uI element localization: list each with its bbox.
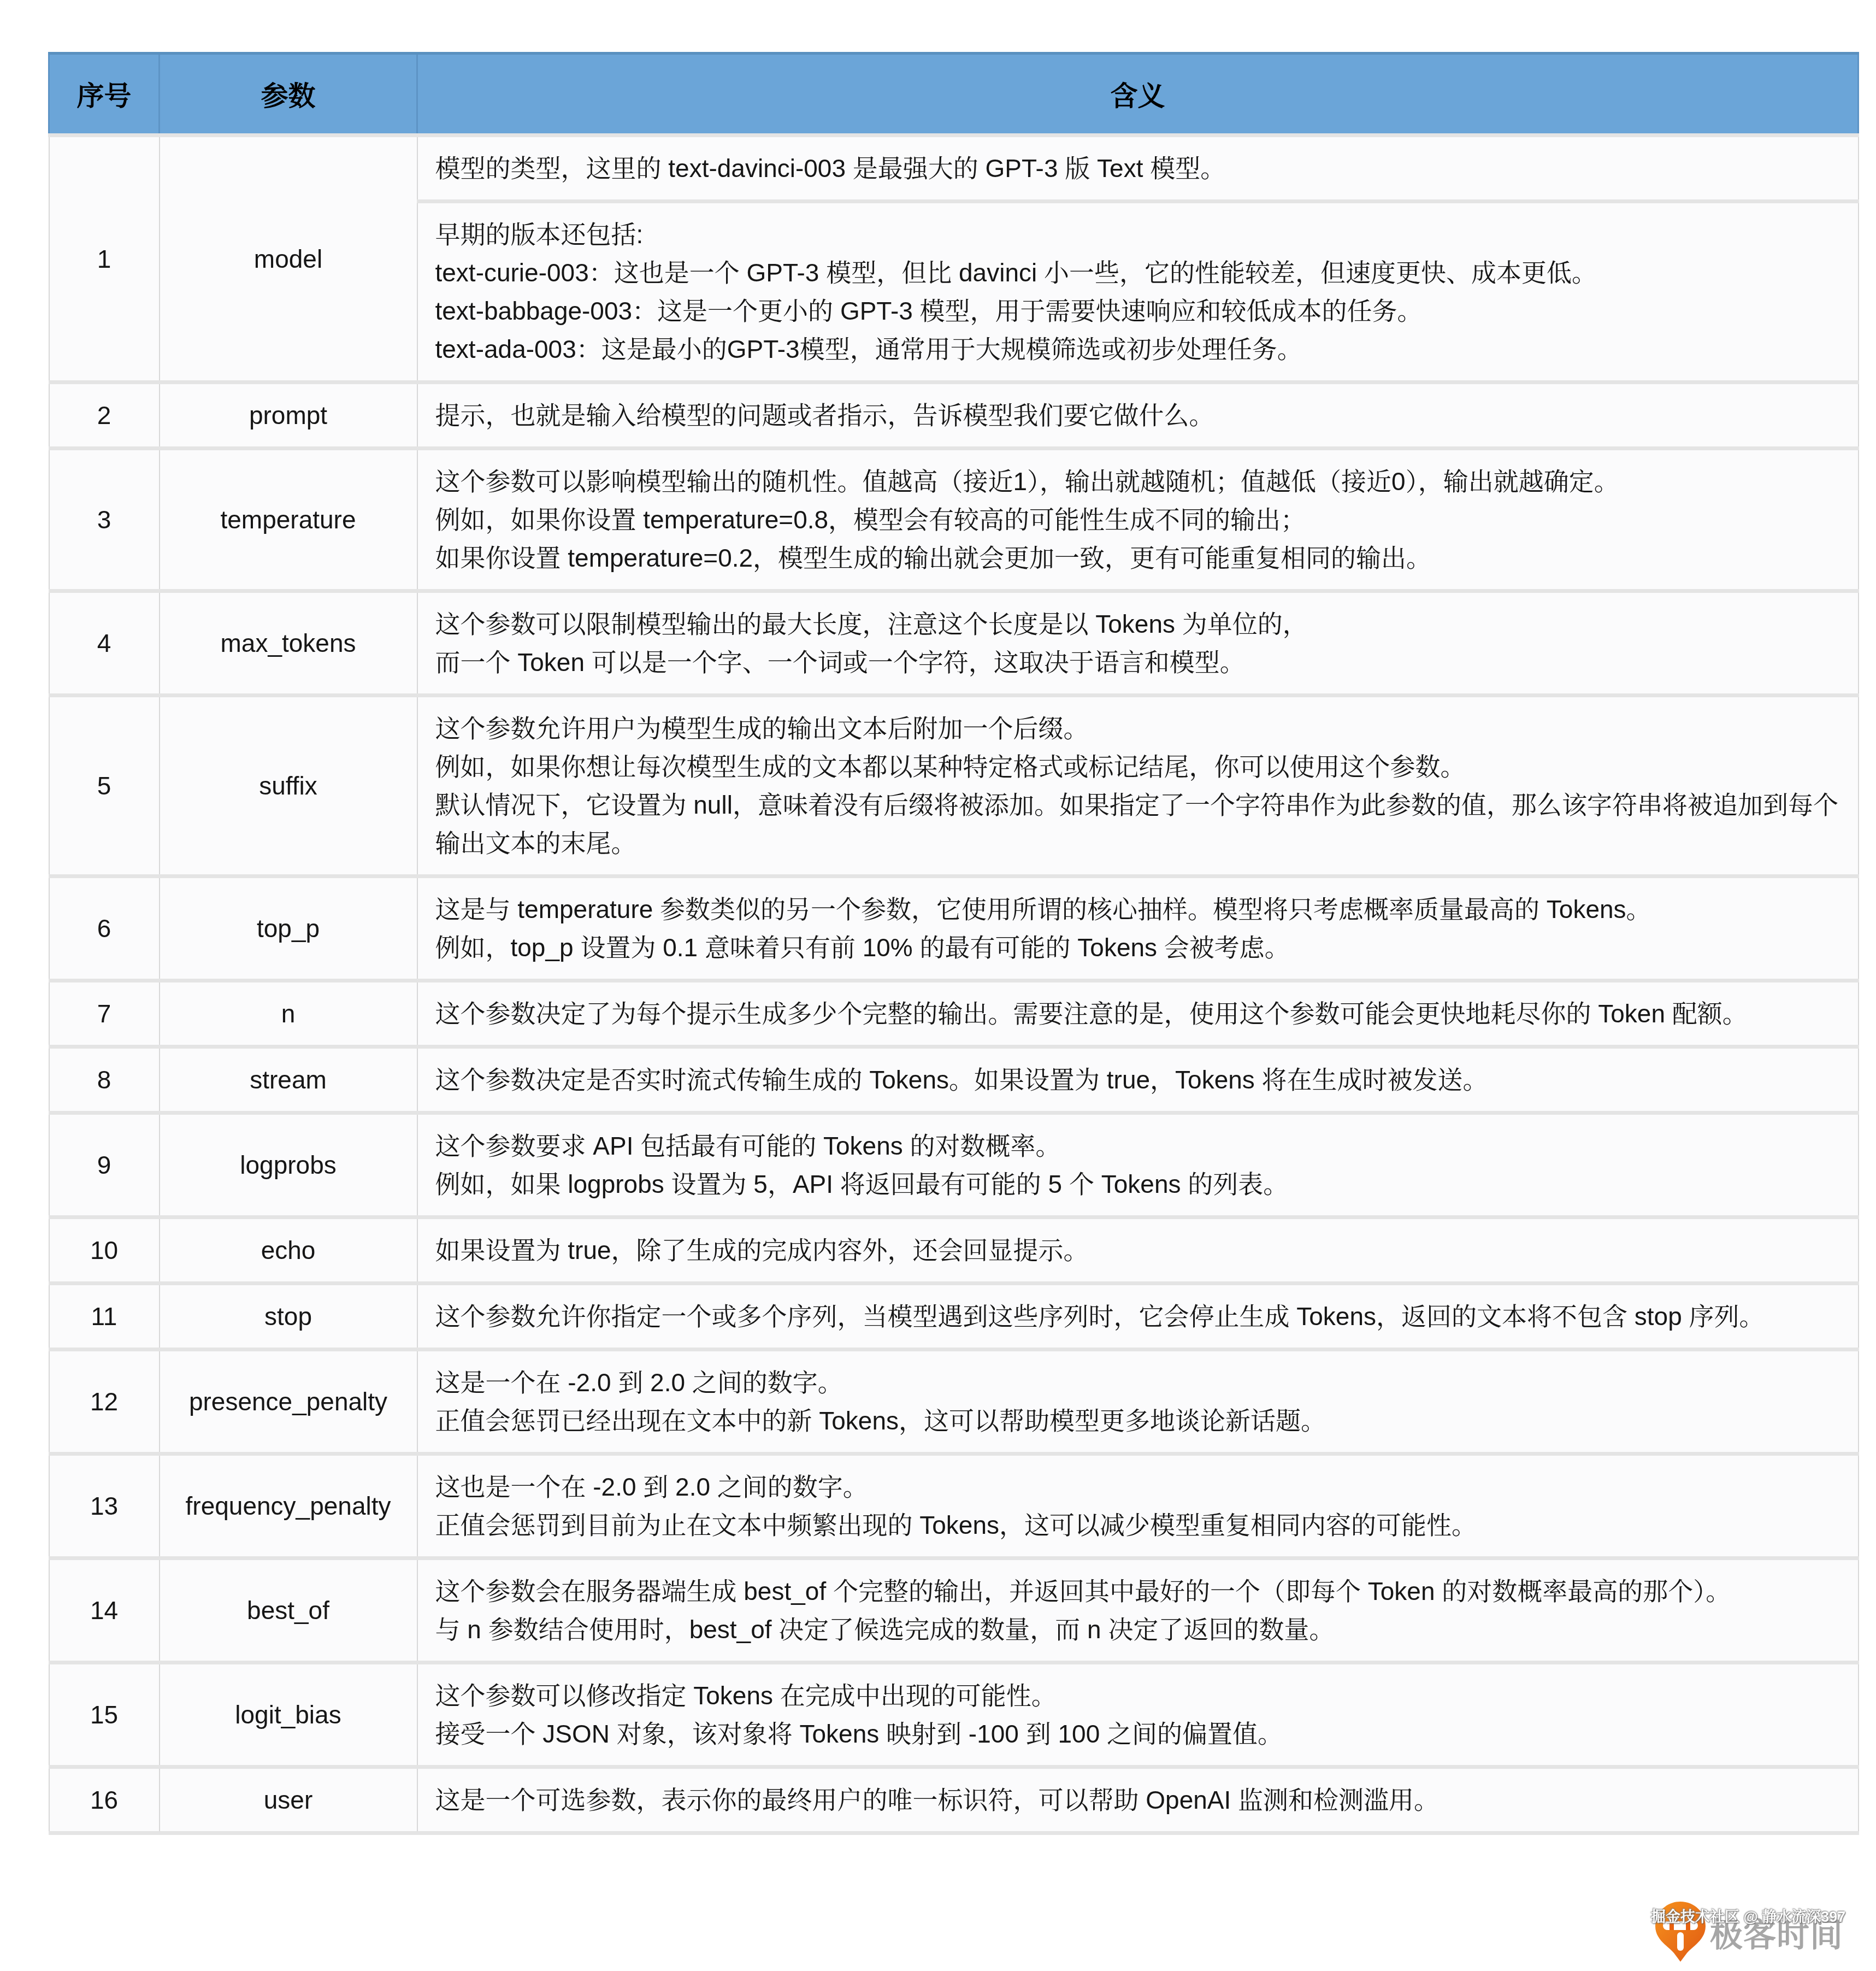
param-cell: stop: [160, 1284, 417, 1350]
meaning-line: 接受一个 JSON 对象，该对象将 Tokens 映射到 -100 到 100 …: [435, 1715, 1839, 1753]
meaning-line: text-ada-003：这是最小的GPT-3模型，通常用于大规模筛选或初步处理…: [435, 330, 1839, 368]
meaning-line: 这是一个在 -2.0 到 2.0 之间的数字。: [435, 1363, 1839, 1402]
table-row: 11stop这个参数允许你指定一个或多个序列，当模型遇到这些序列时，它会停止生成…: [49, 1284, 1859, 1350]
table-row: 15logit_bias这个参数可以修改指定 Tokens 在完成中出现的可能性…: [49, 1663, 1859, 1767]
meaning-line: 正值会惩罚到目前为止在文本中频繁出现的 Tokens，这可以减少模型重复相同内容…: [435, 1506, 1839, 1544]
meaning-cell: 这个参数可以影响模型输出的随机性。值越高（接近1），输出就越随机；值越低（接近0…: [417, 449, 1859, 591]
meaning-cell: 这个参数可以修改指定 Tokens 在完成中出现的可能性。接受一个 JSON 对…: [417, 1663, 1859, 1767]
param-cell: temperature: [160, 449, 417, 591]
table-row: 10echo如果设置为 true，除了生成的完成内容外，还会回显提示。: [49, 1217, 1859, 1284]
param-cell: n: [160, 981, 417, 1047]
meaning-line: 这也是一个在 -2.0 到 2.0 之间的数字。: [435, 1468, 1839, 1506]
table-row: 12presence_penalty这是一个在 -2.0 到 2.0 之间的数字…: [49, 1350, 1859, 1454]
meaning-cell: 如果设置为 true，除了生成的完成内容外，还会回显提示。: [417, 1217, 1859, 1284]
meaning-line: 模型的类型，这里的 text-davinci-003 是最强大的 GPT-3 版…: [435, 149, 1839, 187]
meaning-line: 如果设置为 true，除了生成的完成内容外，还会回显提示。: [435, 1231, 1839, 1269]
meaning-cell: 早期的版本还包括:text-curie-003：这也是一个 GPT-3 模型，但…: [417, 202, 1859, 383]
param-cell: frequency_penalty: [160, 1454, 417, 1558]
row-number-cell: 1: [49, 136, 160, 383]
row-number-cell: 13: [49, 1454, 160, 1558]
table-row: 5suffix这个参数允许用户为模型生成的输出文本后附加一个后缀。例如，如果你想…: [49, 696, 1859, 876]
table-row: 6top_p这是与 temperature 参数类似的另一个参数，它使用所谓的核…: [49, 876, 1859, 981]
header-row: 序号 参数 含义: [49, 54, 1859, 136]
meaning-line: 这个参数可以影响模型输出的随机性。值越高（接近1），输出就越随机；值越低（接近0…: [435, 462, 1839, 501]
table-row: 13frequency_penalty这也是一个在 -2.0 到 2.0 之间的…: [49, 1454, 1859, 1558]
meaning-line: 这个参数允许用户为模型生成的输出文本后附加一个后缀。: [435, 709, 1839, 748]
table-row: 3temperature这个参数可以影响模型输出的随机性。值越高（接近1），输出…: [49, 449, 1859, 591]
meaning-cell: 这个参数决定是否实时流式传输生成的 Tokens。如果设置为 true，Toke…: [417, 1047, 1859, 1113]
param-cell: stream: [160, 1047, 417, 1113]
meaning-cell: 这个参数允许用户为模型生成的输出文本后附加一个后缀。例如，如果你想让每次模型生成…: [417, 696, 1859, 876]
table-row: 4max_tokens这个参数可以限制模型输出的最大长度，注意这个长度是以 To…: [49, 591, 1859, 696]
meaning-cell: 这也是一个在 -2.0 到 2.0 之间的数字。正值会惩罚到目前为止在文本中频繁…: [417, 1454, 1859, 1558]
meaning-line: 如果你设置 temperature=0.2，模型生成的输出就会更加一致，更有可能…: [435, 539, 1839, 577]
meaning-line: 这个参数决定了为每个提示生成多少个完整的输出。需要注意的是，使用这个参数可能会更…: [435, 995, 1839, 1033]
row-number-cell: 12: [49, 1350, 160, 1454]
meaning-cell: 这个参数决定了为每个提示生成多少个完整的输出。需要注意的是，使用这个参数可能会更…: [417, 981, 1859, 1047]
table-row: 2prompt提示，也就是输入给模型的问题或者指示，告诉模型我们要它做什么。: [49, 383, 1859, 449]
param-cell: model: [160, 136, 417, 383]
table-row: 8stream这个参数决定是否实时流式传输生成的 Tokens。如果设置为 tr…: [49, 1047, 1859, 1113]
meaning-line: 例如，如果 logprobs 设置为 5，API 将返回最有可能的 5 个 To…: [435, 1165, 1839, 1203]
param-cell: max_tokens: [160, 591, 417, 696]
param-cell: suffix: [160, 696, 417, 876]
parameter-table-container: 序号 参数 含义 1model模型的类型，这里的 text-davinci-00…: [48, 52, 1859, 1835]
row-number-cell: 3: [49, 449, 160, 591]
table-row: 16user这是一个可选参数，表示你的最终用户的唯一标识符，可以帮助 OpenA…: [49, 1767, 1859, 1833]
param-cell: echo: [160, 1217, 417, 1284]
param-cell: prompt: [160, 383, 417, 449]
meaning-line: text-curie-003：这也是一个 GPT-3 模型，但比 davinci…: [435, 254, 1839, 292]
meaning-line: 默认情况下，它设置为 null，意味着没有后缀将被添加。如果指定了一个字符串作为…: [435, 786, 1839, 862]
watermark-overlay-text: 掘金技术社区 @ 静水流深397: [1651, 1905, 1845, 1926]
param-cell: presence_penalty: [160, 1350, 417, 1454]
row-number-cell: 5: [49, 696, 160, 876]
meaning-cell: 模型的类型，这里的 text-davinci-003 是最强大的 GPT-3 版…: [417, 136, 1859, 202]
param-cell: user: [160, 1767, 417, 1833]
row-number-cell: 16: [49, 1767, 160, 1833]
table-row: 1model模型的类型，这里的 text-davinci-003 是最强大的 G…: [49, 136, 1859, 202]
table-row: 7n这个参数决定了为每个提示生成多少个完整的输出。需要注意的是，使用这个参数可能…: [49, 981, 1859, 1047]
meaning-cell: 这个参数可以限制模型输出的最大长度，注意这个长度是以 Tokens 为单位的，而…: [417, 591, 1859, 696]
table-header: 序号 参数 含义: [49, 54, 1859, 136]
row-number-cell: 15: [49, 1663, 160, 1767]
row-number-cell: 4: [49, 591, 160, 696]
row-number-cell: 2: [49, 383, 160, 449]
row-number-cell: 9: [49, 1113, 160, 1217]
meaning-line: text-babbage-003：这是一个更小的 GPT-3 模型，用于需要快速…: [435, 292, 1839, 330]
header-cell-meaning: 含义: [417, 54, 1859, 136]
meaning-line: 这个参数可以修改指定 Tokens 在完成中出现的可能性。: [435, 1676, 1839, 1715]
meaning-cell: 这是一个可选参数，表示你的最终用户的唯一标识符，可以帮助 OpenAI 监测和检…: [417, 1767, 1859, 1833]
meaning-line: 这是与 temperature 参数类似的另一个参数，它使用所谓的核心抽样。模型…: [435, 890, 1839, 928]
row-number-cell: 10: [49, 1217, 160, 1284]
meaning-line: 这个参数决定是否实时流式传输生成的 Tokens。如果设置为 true，Toke…: [435, 1061, 1839, 1099]
param-cell: best_of: [160, 1558, 417, 1663]
meaning-line: 这个参数会在服务器端生成 best_of 个完整的输出，并返回其中最好的一个（即…: [435, 1572, 1839, 1610]
parameter-table: 序号 参数 含义 1model模型的类型，这里的 text-davinci-00…: [48, 52, 1859, 1835]
meaning-line: 例如，top_p 设置为 0.1 意味着只有前 10% 的最有可能的 Token…: [435, 928, 1839, 967]
row-number-cell: 14: [49, 1558, 160, 1663]
row-number-cell: 7: [49, 981, 160, 1047]
meaning-cell: 这个参数允许你指定一个或多个序列，当模型遇到这些序列时，它会停止生成 Token…: [417, 1284, 1859, 1350]
meaning-line: 这是一个可选参数，表示你的最终用户的唯一标识符，可以帮助 OpenAI 监测和检…: [435, 1781, 1839, 1819]
meaning-cell: 这个参数要求 API 包括最有可能的 Tokens 的对数概率。例如，如果 lo…: [417, 1113, 1859, 1217]
header-cell-param: 参数: [160, 54, 417, 136]
param-cell: top_p: [160, 876, 417, 981]
meaning-line: 这个参数要求 API 包括最有可能的 Tokens 的对数概率。: [435, 1127, 1839, 1165]
meaning-line: 正值会惩罚已经出现在文本中的新 Tokens，这可以帮助模型更多地谈论新话题。: [435, 1402, 1839, 1440]
row-number-cell: 11: [49, 1284, 160, 1350]
param-cell: logit_bias: [160, 1663, 417, 1767]
table-row: 14best_of这个参数会在服务器端生成 best_of 个完整的输出，并返回…: [49, 1558, 1859, 1663]
row-number-cell: 6: [49, 876, 160, 981]
meaning-line: 这个参数允许你指定一个或多个序列，当模型遇到这些序列时，它会停止生成 Token…: [435, 1297, 1839, 1335]
meaning-line: 与 n 参数结合使用时，best_of 决定了候选完成的数量，而 n 决定了返回…: [435, 1610, 1839, 1649]
meaning-cell: 提示，也就是输入给模型的问题或者指示，告诉模型我们要它做什么。: [417, 383, 1859, 449]
meaning-line: 例如，如果你设置 temperature=0.8，模型会有较高的可能性生成不同的…: [435, 501, 1839, 539]
meaning-cell: 这是一个在 -2.0 到 2.0 之间的数字。正值会惩罚已经出现在文本中的新 T…: [417, 1350, 1859, 1454]
meaning-line: 这个参数可以限制模型输出的最大长度，注意这个长度是以 Tokens 为单位的，: [435, 605, 1839, 643]
meaning-line: 提示，也就是输入给模型的问题或者指示，告诉模型我们要它做什么。: [435, 396, 1839, 434]
watermark: 极客时间 掘金技术社区 @ 静水流深397: [1649, 1892, 1863, 1971]
table-row: 9logprobs这个参数要求 API 包括最有可能的 Tokens 的对数概率…: [49, 1113, 1859, 1217]
meaning-cell: 这个参数会在服务器端生成 best_of 个完整的输出，并返回其中最好的一个（即…: [417, 1558, 1859, 1663]
meaning-line: 例如，如果你想让每次模型生成的文本都以某种特定格式或标记结尾，你可以使用这个参数…: [435, 748, 1839, 786]
param-cell: logprobs: [160, 1113, 417, 1217]
meaning-line: 早期的版本还包括:: [435, 215, 1839, 254]
meaning-line: 而一个 Token 可以是一个字、一个词或一个字符，这取决于语言和模型。: [435, 643, 1839, 681]
row-number-cell: 8: [49, 1047, 160, 1113]
meaning-cell: 这是与 temperature 参数类似的另一个参数，它使用所谓的核心抽样。模型…: [417, 876, 1859, 981]
header-cell-number: 序号: [49, 54, 160, 136]
table-body: 1model模型的类型，这里的 text-davinci-003 是最强大的 G…: [49, 136, 1859, 1833]
